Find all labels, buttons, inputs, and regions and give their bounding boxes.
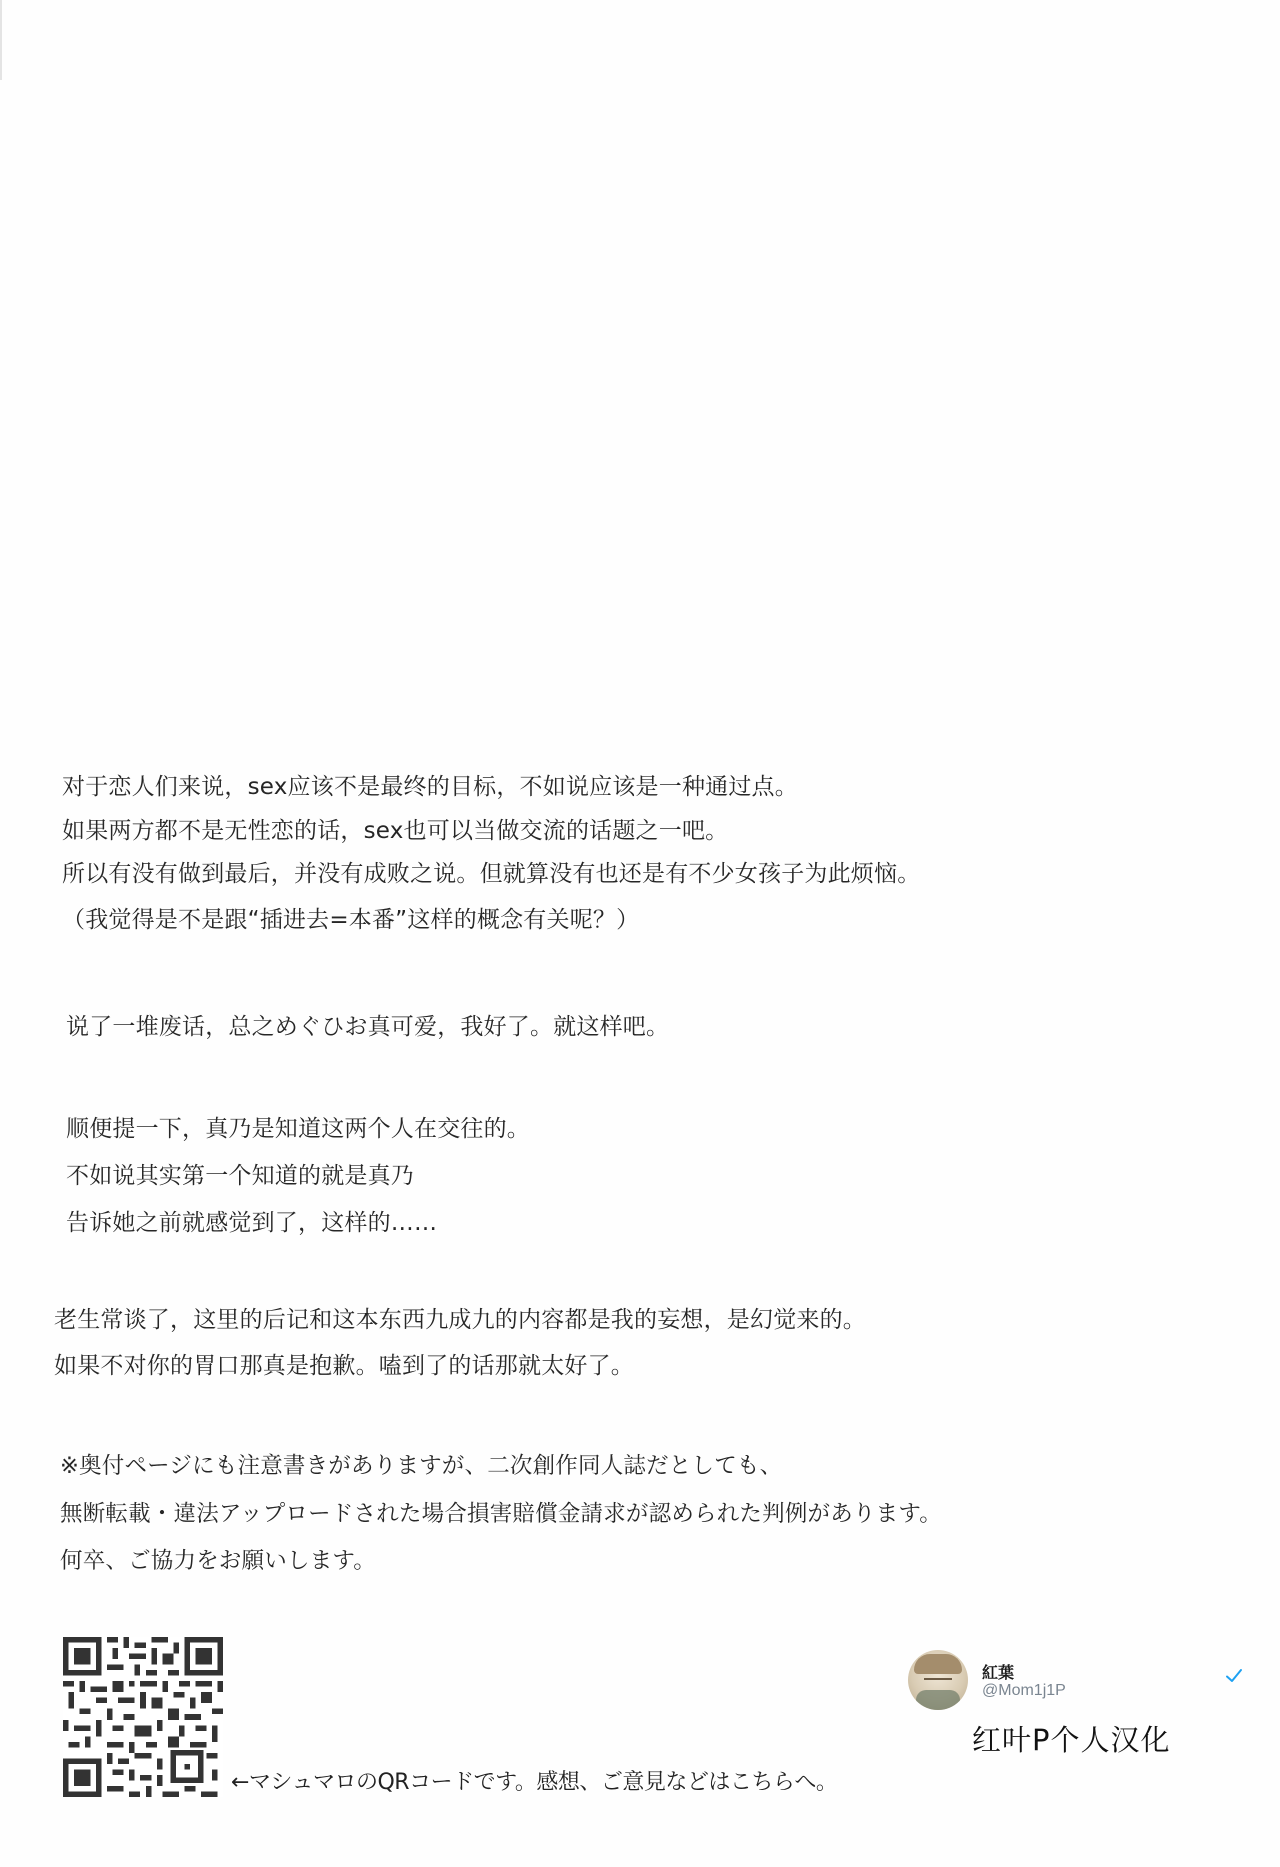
notice-line: ※奥付ページにも注意書きがありますが、二次創作同人誌だとしても、 — [60, 1451, 782, 1481]
afterword-line: （我觉得是不是跟“插进去=本番”这样的概念有关呢？） — [62, 905, 639, 935]
afterword-line: 不如说其实第一个知道的就是真乃 — [66, 1161, 414, 1191]
qr-caption: ←マシュマロのQRコードです。感想、ご意見などはこちらへ。 — [231, 1769, 837, 1797]
user-handle: @Mom1j1P — [982, 1682, 1066, 1700]
afterword-line: 如果不对你的胃口那真是抱歉。嗑到了的话那就太好了。 — [54, 1351, 634, 1381]
afterword-line: 告诉她之前就感觉到了，这样的…… — [66, 1208, 437, 1238]
translator-credit: 红叶P个人汉化 — [972, 1722, 1171, 1758]
afterword-line: 如果两方都不是无性恋的话，sex也可以当做交流的话题之一吧。 — [62, 816, 728, 846]
translator-profile: 紅葉 @Mom1j1P 红叶P个人汉化 — [906, 1648, 1266, 1768]
checkmark-icon — [1224, 1666, 1244, 1686]
page-edge — [0, 0, 2, 80]
afterword-line: 顺便提一下，真乃是知道这两个人在交往的。 — [66, 1114, 530, 1144]
notice-line: 無断転載・違法アップロードされた場合損害賠償金請求が認められた判例があります。 — [60, 1499, 942, 1529]
display-name: 紅葉 — [982, 1660, 1014, 1683]
afterword-line: 老生常谈了，这里的后记和这本东西九成九的内容都是我的妄想，是幻觉来的。 — [54, 1305, 866, 1335]
qr-code-icon[interactable] — [63, 1637, 223, 1797]
afterword-line: 对于恋人们来说，sex应该不是最终的目标，不如说应该是一种通过点。 — [62, 772, 798, 802]
avatar — [908, 1650, 968, 1710]
notice-line: 何卒、ご協力をお願いします。 — [60, 1546, 376, 1576]
afterword-line: 说了一堆废话，总之めぐひお真可爱，我好了。就这样吧。 — [66, 1012, 669, 1042]
afterword-line: 所以有没有做到最后，并没有成败之说。但就算没有也还是有不少女孩子为此烦恼。 — [62, 859, 920, 889]
